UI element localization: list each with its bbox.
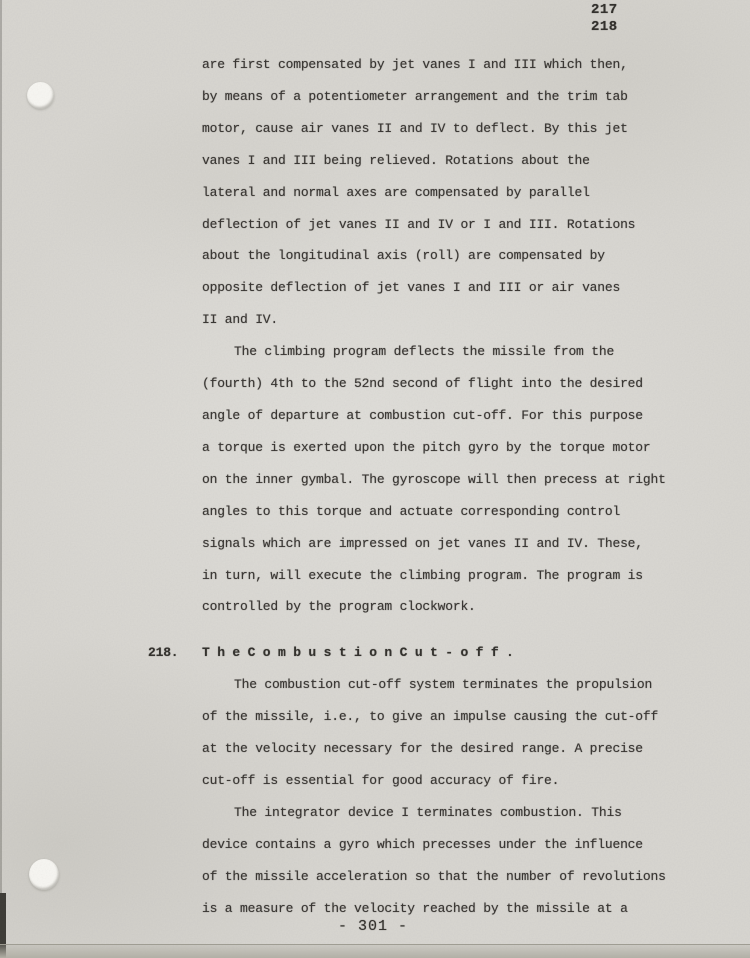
text-line: about the longitudinal axis (roll) are c… bbox=[202, 240, 684, 272]
punch-hole-top bbox=[27, 82, 54, 109]
text-line: (fourth) 4th to the 52nd second of fligh… bbox=[202, 368, 684, 400]
text-line: of the missile acceleration so that the … bbox=[202, 861, 684, 893]
text-line: on the inner gymbal. The gyroscope will … bbox=[202, 464, 684, 496]
section-title: T h e C o m b u s t i o n C u t - o f f … bbox=[202, 645, 514, 660]
text-line: lateral and normal axes are compensated … bbox=[202, 177, 684, 209]
section-heading-combustion-cutoff: 218. T h e C o m b u s t i o n C u t - o… bbox=[202, 637, 684, 669]
text-line: motor, cause air vanes II and IV to defl… bbox=[202, 113, 684, 145]
text-line: device contains a gyro which precesses u… bbox=[202, 829, 684, 861]
text-line: The climbing program deflects the missil… bbox=[202, 336, 684, 368]
scan-edge-bottom bbox=[0, 944, 750, 958]
text-line: in turn, will execute the climbing progr… bbox=[202, 560, 684, 592]
text-line: The combustion cut-off system terminates… bbox=[202, 669, 684, 701]
text-line: deflection of jet vanes II and IV or I a… bbox=[202, 209, 684, 241]
paragraph-cutoff-system: The combustion cut-off system terminates… bbox=[202, 669, 684, 797]
text-line: cut-off is essential for good accuracy o… bbox=[202, 765, 684, 797]
footer-page-number: - 301 - bbox=[338, 917, 408, 937]
paragraph-climbing-program: The climbing program deflects the missil… bbox=[202, 336, 684, 623]
reference-number-218: 218 bbox=[591, 19, 618, 36]
reference-numbers: 217 218 bbox=[591, 2, 618, 36]
text-line: vanes I and III being relieved. Rotation… bbox=[202, 145, 684, 177]
text-line: opposite deflection of jet vanes I and I… bbox=[202, 272, 684, 304]
scanned-document-page: 217 218 are first compensated by jet van… bbox=[0, 0, 750, 958]
text-line: at the velocity necessary for the desire… bbox=[202, 733, 684, 765]
text-line: by means of a potentiometer arrangement … bbox=[202, 81, 684, 113]
text-line: controlled by the program clockwork. bbox=[202, 591, 684, 623]
text-line: is a measure of the velocity reached by … bbox=[202, 893, 684, 925]
text-line: are first compensated by jet vanes I and… bbox=[202, 49, 684, 81]
section-number: 218. bbox=[148, 637, 178, 669]
text-line: The integrator device I terminates combu… bbox=[202, 797, 684, 829]
text-line: II and IV. bbox=[202, 304, 684, 336]
text-line: a torque is exerted upon the pitch gyro … bbox=[202, 432, 684, 464]
paragraph-steering-compensation: are first compensated by jet vanes I and… bbox=[202, 49, 684, 336]
scan-edge-left-line bbox=[0, 0, 2, 958]
text-line: signals which are impressed on jet vanes… bbox=[202, 528, 684, 560]
text-line: of the missile, i.e., to give an impulse… bbox=[202, 701, 684, 733]
document-body: are first compensated by jet vanes I and… bbox=[202, 49, 684, 924]
text-line: angle of departure at combustion cut-off… bbox=[202, 400, 684, 432]
punch-hole-bottom bbox=[29, 859, 59, 890]
text-line: angles to this torque and actuate corres… bbox=[202, 496, 684, 528]
paragraph-integrator-device: The integrator device I terminates combu… bbox=[202, 797, 684, 925]
reference-number-217: 217 bbox=[591, 2, 618, 19]
